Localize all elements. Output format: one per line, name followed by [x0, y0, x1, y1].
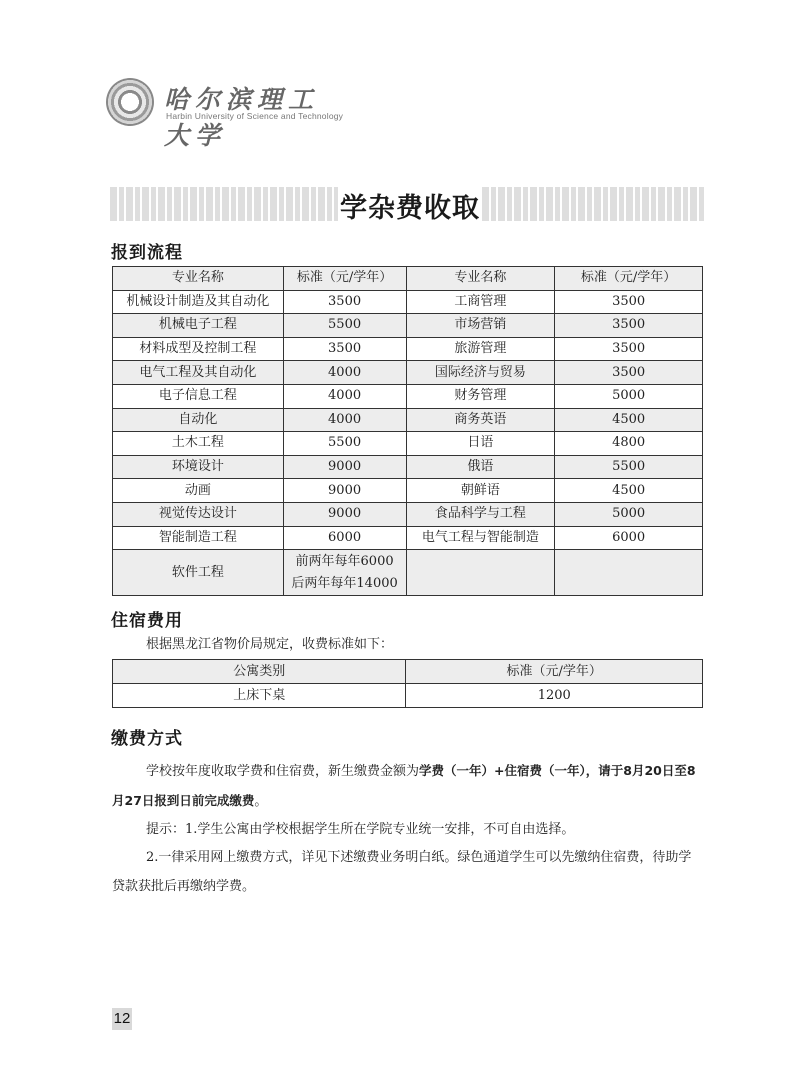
table-row: 环境设计 9000 俄语 5500	[113, 455, 703, 479]
fee-value: 5000	[555, 384, 703, 408]
fee-value: 1200	[406, 684, 703, 708]
major-name: 食品科学与工程	[406, 502, 555, 526]
major-name: 动画	[113, 479, 284, 503]
column-header: 公寓类别	[113, 660, 406, 684]
page-title: 学杂费收取	[338, 186, 482, 225]
table-row: 智能制造工程 6000 电气工程与智能制造 6000	[113, 526, 703, 550]
fee-value: 3500	[555, 314, 703, 338]
fee-value: 4000	[283, 408, 406, 432]
dorm-intro-text: 根据黑龙江省物价局规定，收费标准如下：	[146, 633, 393, 652]
fee-value: 5500	[283, 314, 406, 338]
university-logo: 哈尔滨理工大学 Harbin University of Science and…	[106, 78, 346, 128]
major-name: 机械设计制造及其自动化	[113, 290, 284, 314]
decorative-pattern-left	[110, 187, 338, 221]
table-row: 材料成型及控制工程 3500 旅游管理 3500	[113, 337, 703, 361]
fee-value: 3500	[555, 337, 703, 361]
table-row: 动画 9000 朝鲜语 4500	[113, 479, 703, 503]
major-name: 商务英语	[406, 408, 555, 432]
table-row: 软件工程 前两年每年6000 后两年每年14000	[113, 550, 703, 596]
fee-value: 3500	[283, 337, 406, 361]
table-header-row: 公寓类别 标准（元/学年）	[113, 660, 703, 684]
fee-value: 9000	[283, 479, 406, 503]
table-row: 视觉传达设计 9000 食品科学与工程 5000	[113, 502, 703, 526]
payment-text: 学校按年度收取学费和住宿费，新生缴费金额为	[146, 764, 419, 779]
university-name-en: Harbin University of Science and Technol…	[166, 111, 343, 121]
decorative-pattern-right	[482, 187, 704, 221]
fee-value: 4500	[555, 408, 703, 432]
major-name: 土木工程	[113, 432, 284, 456]
dorm-fee-table: 公寓类别 标准（元/学年） 上床下桌 1200	[112, 659, 703, 708]
section-heading-dorm: 住宿费用	[111, 606, 183, 631]
payment-paragraph: 学校按年度收取学费和住宿费，新生缴费金额为学费（一年）+住宿费（一年），请于8月…	[112, 756, 704, 816]
fee-value: 4800	[555, 432, 703, 456]
fee-line: 前两年每年6000	[284, 551, 406, 573]
major-name: 视觉传达设计	[113, 502, 284, 526]
empty-cell	[406, 550, 555, 596]
university-emblem-icon	[106, 78, 154, 126]
column-header: 标准（元/学年）	[283, 267, 406, 291]
fee-value: 9000	[283, 502, 406, 526]
major-name: 智能制造工程	[113, 526, 284, 550]
table-row: 机械电子工程 5500 市场营销 3500	[113, 314, 703, 338]
page-number: 12	[112, 1008, 132, 1030]
fee-value: 9000	[283, 455, 406, 479]
column-header: 专业名称	[113, 267, 284, 291]
major-name: 电气工程及其自动化	[113, 361, 284, 385]
dorm-type: 上床下桌	[113, 684, 406, 708]
major-name: 日语	[406, 432, 555, 456]
fee-value: 4000	[283, 361, 406, 385]
fee-value: 6000	[555, 526, 703, 550]
table-row: 电气工程及其自动化 4000 国际经济与贸易 3500	[113, 361, 703, 385]
fee-value: 6000	[283, 526, 406, 550]
column-header: 标准（元/学年）	[555, 267, 703, 291]
major-name: 环境设计	[113, 455, 284, 479]
column-header: 标准（元/学年）	[406, 660, 703, 684]
section-heading-payment: 缴费方式	[111, 724, 183, 749]
major-name: 电气工程与智能制造	[406, 526, 555, 550]
payment-text-end: 。	[254, 794, 267, 809]
major-name: 俄语	[406, 455, 555, 479]
fee-value: 4000	[283, 384, 406, 408]
major-name: 国际经济与贸易	[406, 361, 555, 385]
table-row: 上床下桌 1200	[113, 684, 703, 708]
major-name: 旅游管理	[406, 337, 555, 361]
fee-value: 3500	[555, 290, 703, 314]
table-row: 电子信息工程 4000 财务管理 5000	[113, 384, 703, 408]
major-name: 工商管理	[406, 290, 555, 314]
fee-line: 后两年每年14000	[284, 573, 406, 595]
fee-value: 5000	[555, 502, 703, 526]
major-name: 软件工程	[113, 550, 284, 596]
major-name: 市场营销	[406, 314, 555, 338]
payment-tip-2: 2.一律采用网上缴费方式，详见下述缴费业务明白纸。绿色通道学生可以先缴纳住宿费，…	[112, 843, 704, 901]
major-name: 机械电子工程	[113, 314, 284, 338]
section-heading-report: 报到流程	[111, 238, 183, 263]
table-row: 机械设计制造及其自动化 3500 工商管理 3500	[113, 290, 703, 314]
table-header-row: 专业名称 标准（元/学年） 专业名称 标准（元/学年）	[113, 267, 703, 291]
major-name: 朝鲜语	[406, 479, 555, 503]
tuition-fee-table: 专业名称 标准（元/学年） 专业名称 标准（元/学年） 机械设计制造及其自动化 …	[112, 266, 703, 596]
fee-value: 3500	[555, 361, 703, 385]
major-name: 自动化	[113, 408, 284, 432]
fee-value: 4500	[555, 479, 703, 503]
fee-value-multiline: 前两年每年6000 后两年每年14000	[283, 550, 406, 596]
major-name: 电子信息工程	[113, 384, 284, 408]
fee-value: 5500	[555, 455, 703, 479]
table-row: 土木工程 5500 日语 4800	[113, 432, 703, 456]
fee-value: 3500	[283, 290, 406, 314]
major-name: 材料成型及控制工程	[113, 337, 284, 361]
major-name: 财务管理	[406, 384, 555, 408]
fee-value: 5500	[283, 432, 406, 456]
table-row: 自动化 4000 商务英语 4500	[113, 408, 703, 432]
payment-tip-1: 提示：1.学生公寓由学校根据学生所在学院专业统一安排，不可自由选择。	[146, 818, 574, 837]
column-header: 专业名称	[406, 267, 555, 291]
empty-cell	[555, 550, 703, 596]
